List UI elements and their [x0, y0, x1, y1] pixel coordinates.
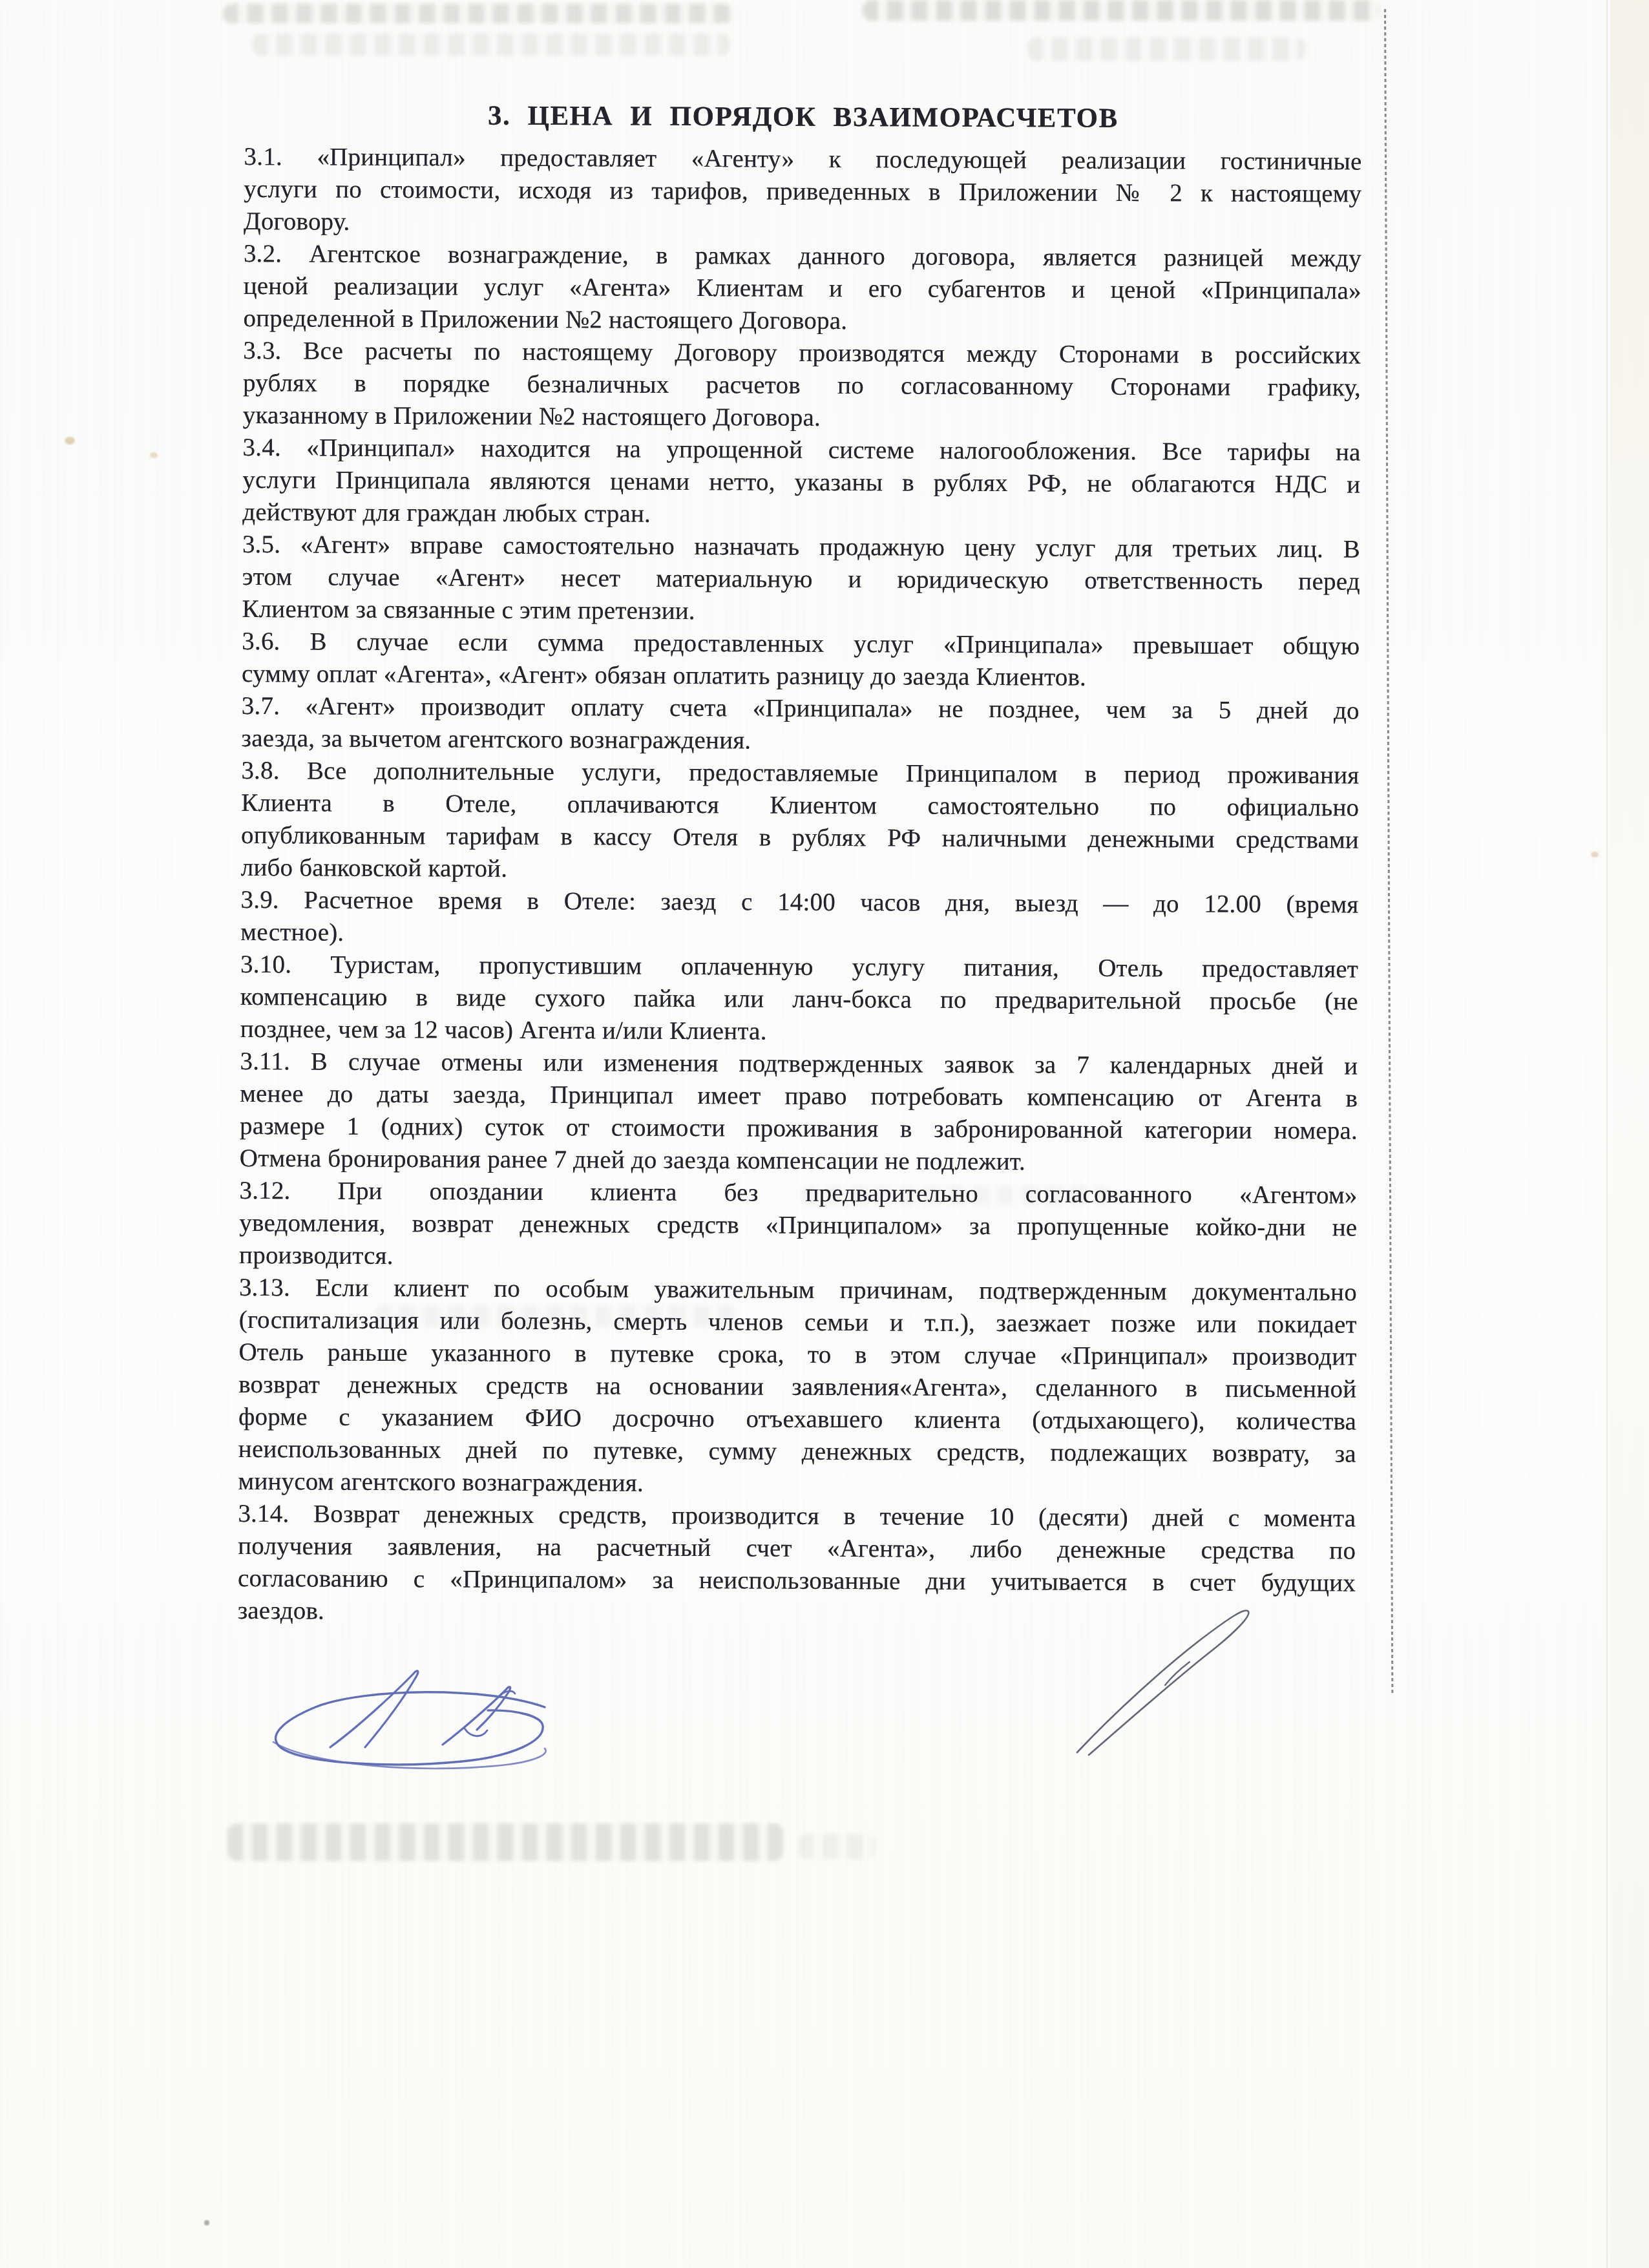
text-line: определенной в Приложении №2 настоящего …: [243, 302, 1361, 340]
text-line: 3.8. Все дополнительные услуги, предоста…: [241, 755, 1359, 792]
text-line: производится.: [239, 1239, 1357, 1277]
signature-left: [254, 1666, 551, 1779]
text-line: 3.1. «Принципал» предоставляет «Агенту» …: [244, 141, 1361, 178]
text-line: рублях в порядке безналичных расчетов по…: [243, 367, 1361, 404]
text-line: 3.2. Агентское вознаграждение, в рамках …: [244, 238, 1361, 275]
section-title: 3. ЦЕНА И ПОРЯДОК ВЗАИМОРАСЧЕТОВ: [244, 97, 1362, 142]
text-line: 3.5. «Агент» вправе самостоятельно назна…: [242, 529, 1360, 566]
document-body: 3.1. «Принципал» предоставляет «Агенту» …: [238, 141, 1362, 1632]
bleedthrough-top-band-3: [252, 34, 730, 56]
text-line: минусом агентского вознаграждения.: [238, 1465, 1356, 1503]
paper-stain: [204, 2220, 209, 2225]
text-line: 3.6. В случае если сумма предоставленных…: [242, 625, 1360, 663]
text-line: либо банковской картой.: [241, 852, 1359, 889]
text-line: Клиента в Отеле, оплачиваются Клиентом с…: [241, 787, 1359, 824]
text-line: Отель раньше указанного в путевке срока,…: [238, 1336, 1356, 1374]
text-line: услуги Принципала являются ценами нетто,…: [242, 464, 1360, 501]
bleedthrough-top-band-2: [863, 0, 1380, 21]
text-line: уведомления, возврат денежных средств «П…: [239, 1207, 1357, 1244]
bleedthrough-bottom-band-1: [227, 1823, 783, 1861]
perforation-line: [1384, 9, 1393, 1693]
text-line: услуги по стоимости, исходя из тарифов, …: [244, 173, 1361, 211]
contract-section: 3. ЦЕНА И ПОРЯДОК ВЗАИМОРАСЧЕТОВ 3.1. «П…: [238, 97, 1362, 1632]
bleedthrough-top-band-1: [223, 4, 733, 23]
text-line: 3.4. «Принципал» находится на упрощенной…: [243, 432, 1361, 469]
text-line: 3.10. Туристам, пропустившим оплаченную …: [240, 949, 1358, 986]
bleedthrough-bottom-band-2: [798, 1834, 876, 1860]
text-line: получения заявления, на расчетный счет «…: [238, 1530, 1356, 1568]
text-line: 3.11. В случае отмены или изменения подт…: [240, 1045, 1358, 1083]
text-line: Отмена бронирования ранее 7 дней до заез…: [240, 1142, 1358, 1180]
page-edge-shading: [1610, 0, 1649, 2268]
paper-stain: [150, 452, 158, 458]
text-line: 3.13. Если клиент по особым уважительным…: [239, 1272, 1357, 1309]
text-line: компенсацию в виде сухого пайка или ланч…: [240, 981, 1358, 1018]
text-line: сумму оплат «Агента», «Агент» обязан опл…: [242, 658, 1360, 695]
text-line: 3.9. Расчетное время в Отеле: заезд с 14…: [240, 884, 1358, 921]
text-line: действуют для граждан любых стран.: [242, 496, 1360, 534]
text-line: позднее, чем за 12 часов) Агента и/или К…: [240, 1013, 1358, 1051]
text-line: согласованию с «Принципалом» за неисполь…: [238, 1562, 1356, 1600]
text-line: заезда, за вычетом агентского вознагражд…: [242, 722, 1360, 760]
text-line: указанному в Приложении №2 настоящего До…: [243, 399, 1361, 437]
signature-right: [1069, 1601, 1257, 1759]
paper-stain: [1591, 852, 1599, 857]
text-line: ценой реализации услуг «Агента» Клиентам…: [244, 270, 1361, 308]
bleedthrough-top-band-4: [1027, 37, 1305, 61]
text-line: (госпитализация или болезнь, смерть член…: [239, 1304, 1357, 1341]
text-line: местное).: [240, 916, 1358, 954]
text-line: 3.3. Все расчеты по настоящему Договору …: [243, 335, 1361, 372]
text-line: 3.12. При опоздании клиента без предвари…: [240, 1175, 1358, 1212]
paper-stain: [65, 437, 75, 445]
page-edge-line: [1606, 0, 1608, 2268]
text-line: менее до даты заезда, Принципал имеет пр…: [240, 1078, 1358, 1115]
text-line: 3.14. Возврат денежных средств, производ…: [238, 1498, 1356, 1535]
text-line: возврат денежных средств на основании за…: [238, 1369, 1356, 1406]
scanned-page: 3. ЦЕНА И ПОРЯДОК ВЗАИМОРАСЧЕТОВ 3.1. «П…: [0, 0, 1649, 2268]
text-line: этом случае «Агент» несет материальную и…: [242, 561, 1360, 598]
text-line: неиспользованных дней по путевке, сумму …: [238, 1433, 1356, 1471]
text-line: опубликованным тарифам в кассу Отеля в р…: [241, 819, 1359, 857]
text-line: форме с указанием ФИО досрочно отъехавше…: [238, 1401, 1356, 1438]
text-line: Договору.: [244, 205, 1361, 243]
text-line: Клиентом за связанные с этим претензии.: [242, 593, 1360, 631]
text-line: размере 1 (одних) суток от стоимости про…: [240, 1110, 1358, 1148]
text-line: 3.7. «Агент» производит оплату счета «Пр…: [242, 690, 1360, 728]
